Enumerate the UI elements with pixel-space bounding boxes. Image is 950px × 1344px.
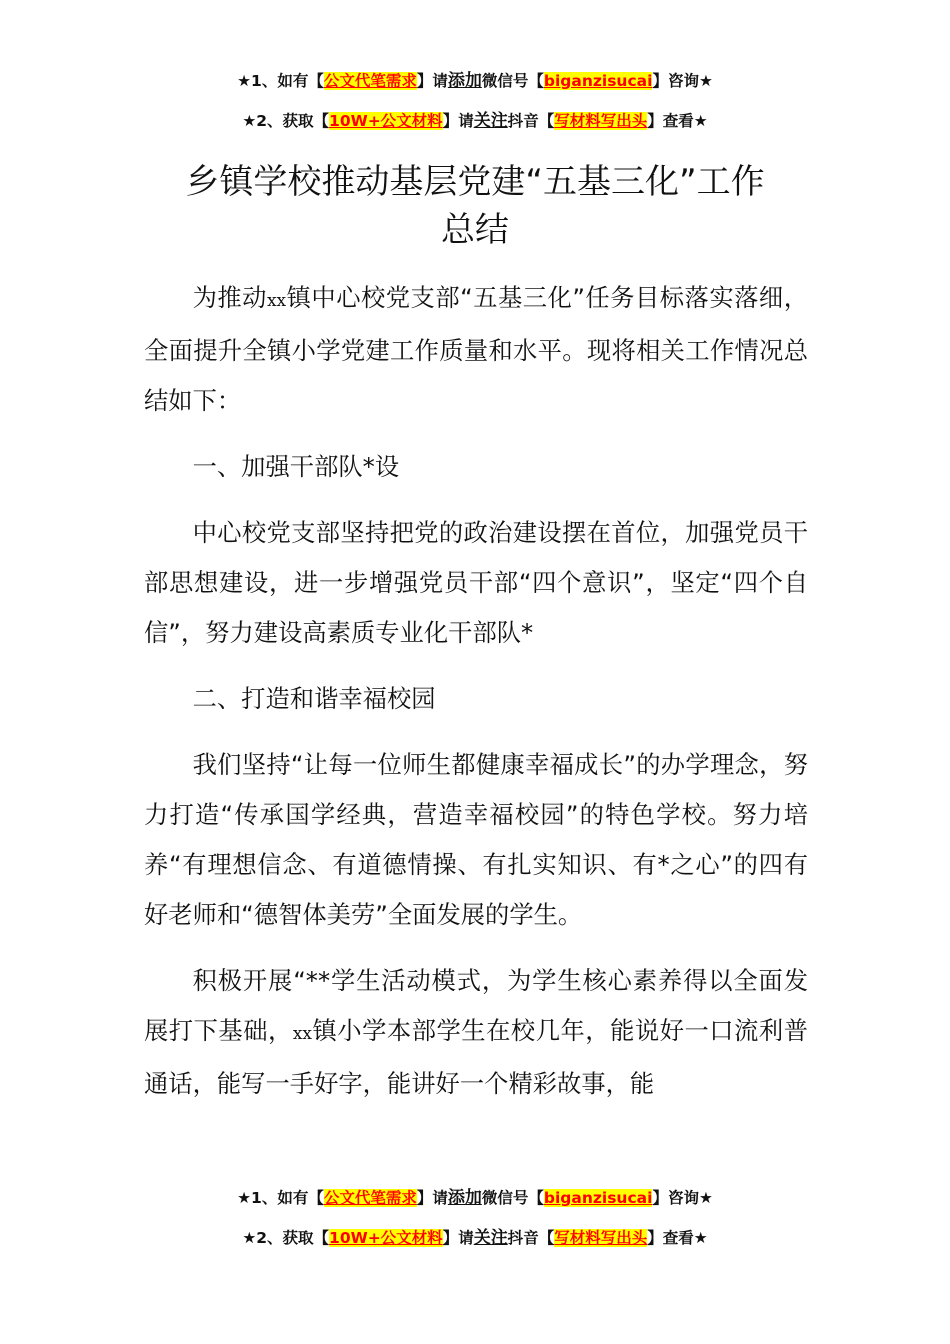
section-2-heading: 二、打造和谐幸福校园 <box>144 674 808 724</box>
section-1-heading: 一、加强干部队*设 <box>144 442 808 492</box>
banner-text: 】请 <box>417 1189 448 1207</box>
banner-text: 】查看★ <box>647 1229 707 1247</box>
emphasis-add: 添加 <box>448 71 482 91</box>
emphasis-add: 添加 <box>448 1188 482 1208</box>
banner-text: ★1、如有【 <box>237 1189 324 1207</box>
highlight-wechat-id: biganzisucai <box>544 1189 653 1207</box>
banner-text: 】咨询★ <box>652 72 712 90</box>
section-1-paragraph: 中心校党支部坚持把党的政治建设摆在首位，加强党员干部思想建设，进一步增强党员干部… <box>144 508 808 658</box>
banner-text: 】查看★ <box>647 112 707 130</box>
banner-text: 】请 <box>443 1229 474 1247</box>
section-2-paragraph-2: 积极开展“**学生活动模式，为学生核心素养得以全面发展打下基础，xx镇小学本部学… <box>144 956 808 1109</box>
banner-text: 微信号【 <box>482 1189 544 1207</box>
highlight-materials: 10W+公文材料 <box>329 1229 443 1247</box>
title-line-1: 乡镇学校推动基层党建“五基三化”工作 <box>140 158 810 206</box>
header-banner-line-2: ★2、获取【10W+公文材料】请关注抖音【写材料写出头】查看★ <box>0 110 950 132</box>
highlight-ghostwriting: 公文代笔需求 <box>324 1189 417 1207</box>
highlight-materials: 10W+公文材料 <box>329 112 443 130</box>
title-line-2: 总结 <box>140 206 810 254</box>
section-2-paragraph-1: 我们坚持“让每一位师生都健康幸福成长”的办学理念，努力打造“传承国学经典，营造幸… <box>144 740 808 940</box>
document-body: 为推动xx镇中心校党支部“五基三化”任务目标落实落细，全面提升全镇小学党建工作质… <box>144 273 808 1109</box>
emphasis-follow: 关注 <box>474 111 508 131</box>
intro-paragraph: 为推动xx镇中心校党支部“五基三化”任务目标落实落细，全面提升全镇小学党建工作质… <box>144 273 808 426</box>
banner-text: 】请 <box>417 72 448 90</box>
header-banner-line-1: ★1、如有【公文代笔需求】请添加微信号【biganzisucai】咨询★ <box>0 70 950 92</box>
footer-banner-line-1: ★1、如有【公文代笔需求】请添加微信号【biganzisucai】咨询★ <box>0 1187 950 1209</box>
highlight-wechat-id: biganzisucai <box>544 72 653 90</box>
banner-text: ★1、如有【 <box>237 72 324 90</box>
emphasis-follow: 关注 <box>474 1228 508 1248</box>
banner-text: 微信号【 <box>482 72 544 90</box>
highlight-ghostwriting: 公文代笔需求 <box>324 72 417 90</box>
highlight-douyin-account: 写材料写出头 <box>554 112 647 130</box>
banner-text: 抖音【 <box>508 112 555 130</box>
footer-banner-line-2: ★2、获取【10W+公文材料】请关注抖音【写材料写出头】查看★ <box>0 1227 950 1249</box>
placeholder-xx: xx <box>293 1024 312 1044</box>
document-title: 乡镇学校推动基层党建“五基三化”工作 总结 <box>140 158 810 254</box>
placeholder-xx: xx <box>267 291 286 311</box>
highlight-douyin-account: 写材料写出头 <box>554 1229 647 1247</box>
banner-text: 抖音【 <box>508 1229 555 1247</box>
banner-text: 】请 <box>443 112 474 130</box>
banner-text: 】咨询★ <box>652 1189 712 1207</box>
banner-text: ★2、获取【 <box>242 1229 329 1247</box>
banner-text: ★2、获取【 <box>242 112 329 130</box>
